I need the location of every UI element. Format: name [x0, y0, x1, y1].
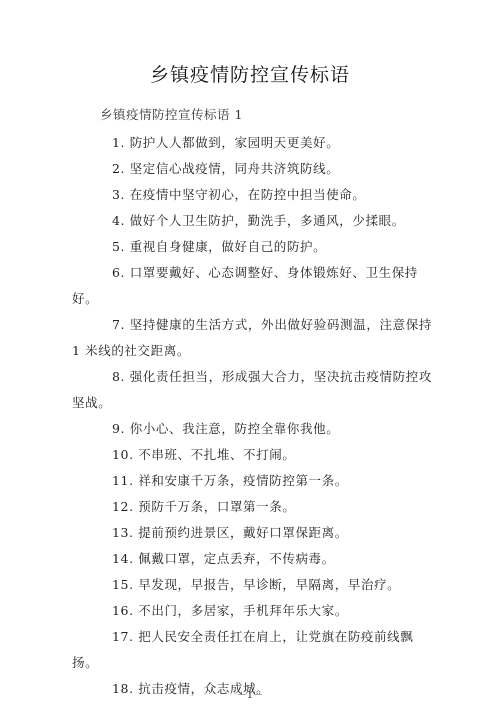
slogan-item: 12. 预防千万条，口罩第一条。: [72, 494, 432, 520]
slogan-item: 1. 防护人人都做到，家园明天更美好。: [72, 130, 432, 156]
slogan-item: 17. 把人民安全责任扛在肩上，让党旗在防疫前线飘扬。: [72, 624, 432, 676]
slogan-list: 1. 防护人人都做到，家园明天更美好。 2. 坚定信心战疫情，同舟共济筑防线。 …: [72, 130, 432, 702]
slogan-item: 2. 坚定信心战疫情，同舟共济筑防线。: [72, 156, 432, 182]
slogan-item: 8. 强化责任担当，形成强大合力，坚决抗击疫情防控攻坚战。: [72, 364, 432, 416]
document-page: 乡镇疫情防控宣传标语 乡镇疫情防控宣传标语 1 1. 防护人人都做到，家园明天更…: [0, 0, 500, 707]
slogan-item: 14. 佩戴口罩，定点丢弃，不传病毒。: [72, 546, 432, 572]
slogan-item: 6. 口罩要戴好、心态调整好、身体锻炼好、卫生保持好。: [72, 260, 432, 312]
section-subtitle: 乡镇疫情防控宣传标语 1: [100, 105, 243, 123]
slogan-item: 9. 你小心、我注意，防控全靠你我他。: [72, 416, 432, 442]
slogan-item: 10. 不串班、不扎堆、不打闹。: [72, 442, 432, 468]
slogan-item: 11. 祥和安康千万条，疫情防控第一条。: [72, 468, 432, 494]
slogan-item: 13. 提前预约进景区，戴好口罩保距离。: [72, 520, 432, 546]
slogan-item: 16. 不出门，多居家，手机拜年乐大家。: [72, 598, 432, 624]
page-number: －1－: [0, 686, 500, 701]
slogan-item: 3. 在疫情中坚守初心，在防控中担当使命。: [72, 182, 432, 208]
slogan-item: 4. 做好个人卫生防护，勤洗手，多通风，少揉眼。: [72, 208, 432, 234]
document-title: 乡镇疫情防控宣传标语: [0, 60, 500, 87]
slogan-item: 15. 早发现，早报告，早诊断，早隔离，早治疗。: [72, 572, 432, 598]
slogan-item: 5. 重视自身健康，做好自己的防护。: [72, 234, 432, 260]
slogan-item: 7. 坚持健康的生活方式，外出做好验码测温，注意保持 1 米线的社交距离。: [72, 312, 432, 364]
